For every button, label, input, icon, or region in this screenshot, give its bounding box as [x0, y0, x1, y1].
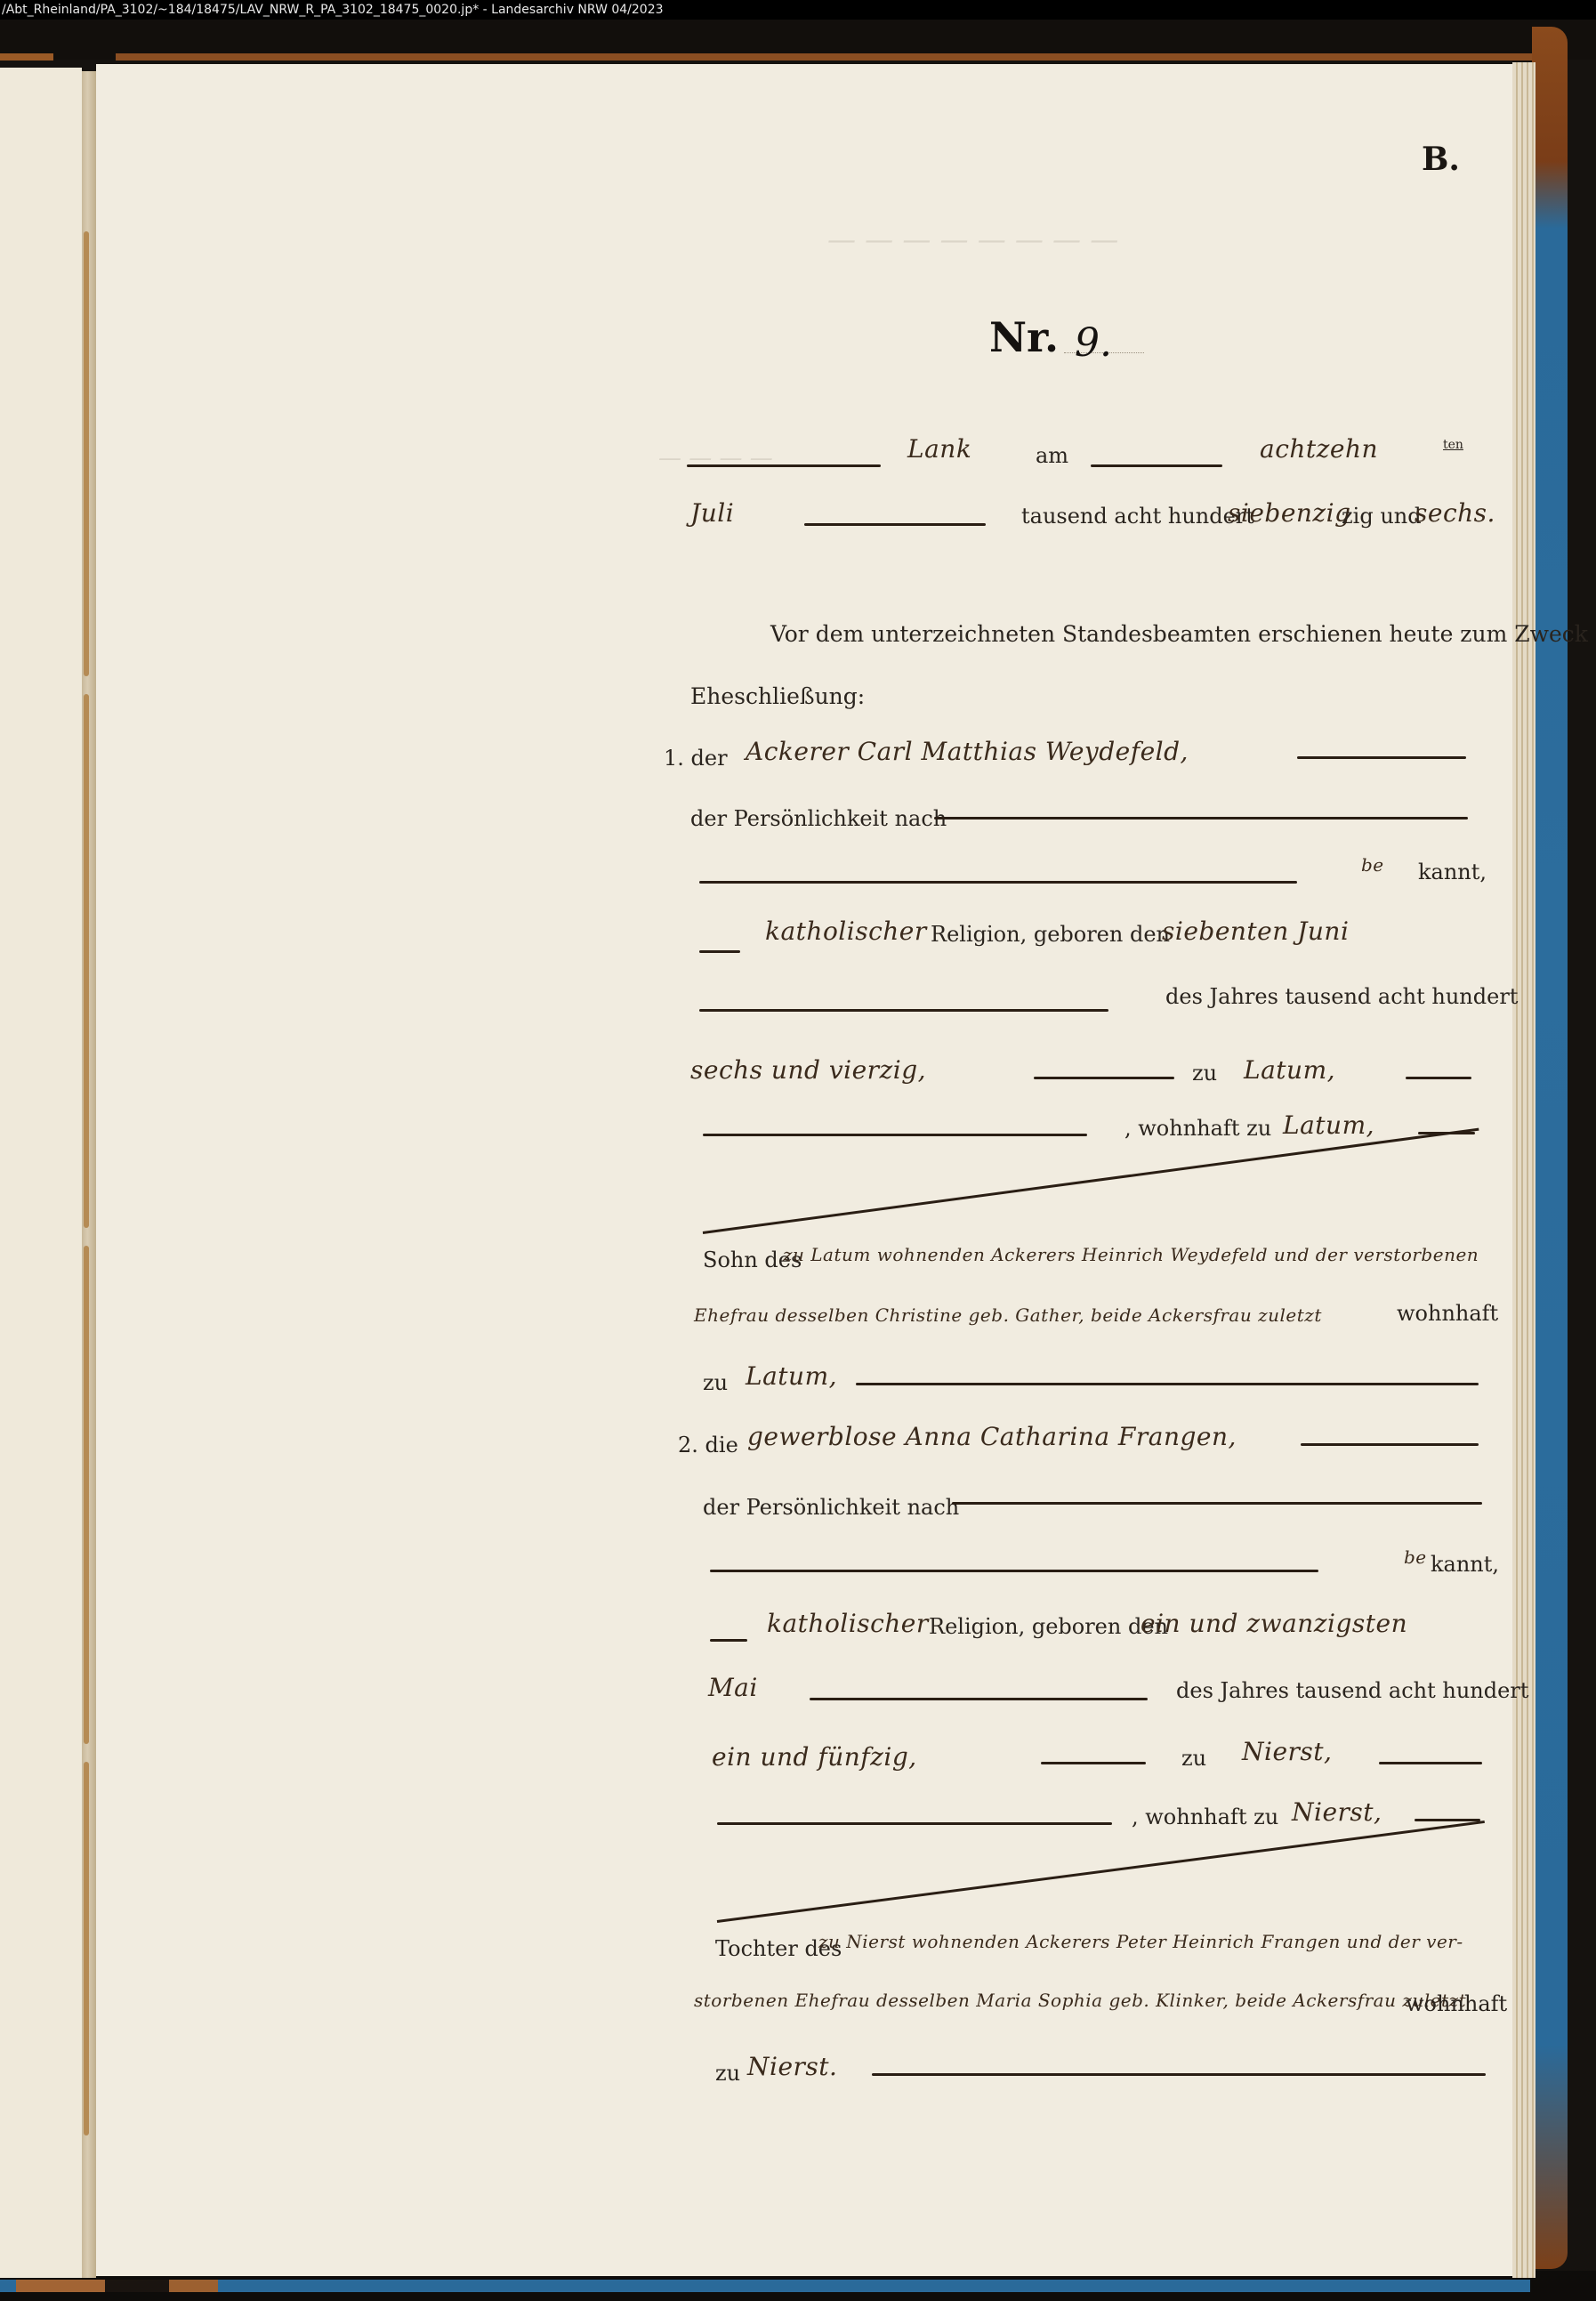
person2-birth-day: ein und zwanzigsten: [1141, 1609, 1407, 1638]
blank-line: [1091, 464, 1222, 467]
blank-line: [1406, 1077, 1471, 1079]
record-number-label: Nr.: [989, 313, 1059, 361]
blank-line: [699, 950, 740, 953]
year-prefix-label: tausend acht hundert: [1021, 504, 1254, 529]
blank-line: [856, 1383, 1479, 1385]
year-tens-field: siebenzig: [1228, 498, 1351, 528]
blank-line: [1297, 756, 1466, 759]
person1-identity-label: der Persönlichkeit nach: [690, 806, 947, 831]
blank-line: [717, 1822, 1112, 1825]
blank-line: [703, 1134, 1087, 1136]
person2-identity-label: der Persönlichkeit nach: [703, 1495, 959, 1520]
person2-religion-label: Religion, geboren den: [929, 1614, 1168, 1639]
strike-through-line: [703, 1128, 1479, 1234]
person2-year-label: des Jahres tausend acht hundert: [1176, 1678, 1528, 1703]
person1-known-hand: be: [1361, 854, 1384, 876]
blank-line: [687, 464, 881, 467]
person2-zu-label: zu: [1181, 1746, 1206, 1771]
person2-parents-residence: Nierst.: [747, 2052, 837, 2081]
person1-residence-label: , wohnhaft zu: [1124, 1116, 1271, 1141]
person1-year-label: des Jahres tausend acht hundert: [1165, 984, 1518, 1009]
month-field: Juli: [690, 498, 734, 528]
person1-religion-label: Religion, geboren den: [931, 922, 1170, 947]
marriage-record-form: B. Nr. 9. Lank am achtzehn ten Juli taus…: [0, 0, 1596, 2301]
blank-line: [934, 817, 1468, 819]
day-field: achtzehn: [1260, 434, 1378, 464]
person1-parents-residence: Latum,: [746, 1361, 837, 1391]
blank-line: [710, 1639, 747, 1642]
blank-line: [710, 1570, 1318, 1572]
person1-parents-residence-label: wohnhaft: [1397, 1301, 1498, 1326]
person1-birthplace: Latum,: [1244, 1055, 1335, 1085]
person2-name: gewerblose Anna Catharina Frangen,: [747, 1422, 1237, 1451]
person1-residence: Latum,: [1283, 1110, 1374, 1140]
intro-text: Vor dem unterzeichneten Standesbeamten e…: [770, 621, 1596, 647]
day-suffix: ten: [1443, 438, 1463, 452]
person2-parents-line2: storbenen Ehefrau desselben Maria Sophia…: [694, 1990, 1466, 2011]
person2-parents-residence-label: wohnhaft: [1406, 1991, 1507, 2016]
record-number-value: 9.: [1075, 320, 1112, 366]
place-field: Lank: [907, 434, 971, 464]
am-label: am: [1036, 443, 1068, 468]
person1-name: Ackerer Carl Matthias Weydefeld,: [746, 737, 1189, 766]
person2-index: 2. die: [678, 1433, 738, 1457]
person1-religion: katholischer: [765, 916, 927, 946]
person1-zu-label: zu: [1192, 1061, 1217, 1086]
year-units-field: sechs.: [1415, 498, 1495, 528]
person2-birthplace: Nierst,: [1242, 1737, 1332, 1766]
und-label: zig und: [1342, 504, 1422, 529]
blank-line: [1034, 1077, 1174, 1079]
person1-known-label: kannt,: [1418, 860, 1487, 884]
blank-line: [872, 2073, 1486, 2076]
person2-parents-line1: zu Nierst wohnenden Ackerers Peter Heinr…: [818, 1931, 1463, 1952]
section-letter: B.: [1422, 141, 1460, 178]
person1-birth-year: sechs und vierzig,: [690, 1055, 926, 1085]
person2-religion: katholischer: [767, 1609, 929, 1638]
intro-text-2: Eheschließung:: [690, 683, 865, 709]
person2-residence: Nierst,: [1292, 1797, 1382, 1827]
person2-known-hand: be: [1404, 1546, 1427, 1568]
person2-parents-zu-label: zu: [715, 2061, 740, 2086]
blank-line: [699, 1009, 1108, 1012]
person1-birth-date: siebenten Juni: [1162, 916, 1349, 946]
person1-parents-line1: zu Latum wohnenden Ackerers Heinrich Wey…: [783, 1244, 1479, 1265]
person1-parents-line2: Ehefrau desselben Christine geb. Gather,…: [694, 1304, 1322, 1326]
blank-line: [952, 1502, 1482, 1505]
blank-line: [1379, 1762, 1482, 1764]
person2-birth-year: ein und fünfzig,: [712, 1742, 917, 1772]
blank-line: [699, 881, 1297, 884]
person1-index: 1. der: [664, 746, 728, 771]
blank-line: [1301, 1443, 1479, 1446]
blank-line: [1415, 1819, 1480, 1821]
strike-through-line: [717, 1821, 1485, 1923]
blank-line: [810, 1698, 1148, 1700]
blank-line: [1041, 1762, 1146, 1764]
person2-residence-label: , wohnhaft zu: [1132, 1804, 1278, 1829]
person2-birth-month: Mai: [708, 1673, 758, 1702]
person2-known-label: kannt,: [1431, 1552, 1499, 1577]
blank-line: [804, 523, 986, 526]
person1-parents-zu-label: zu: [703, 1370, 728, 1395]
